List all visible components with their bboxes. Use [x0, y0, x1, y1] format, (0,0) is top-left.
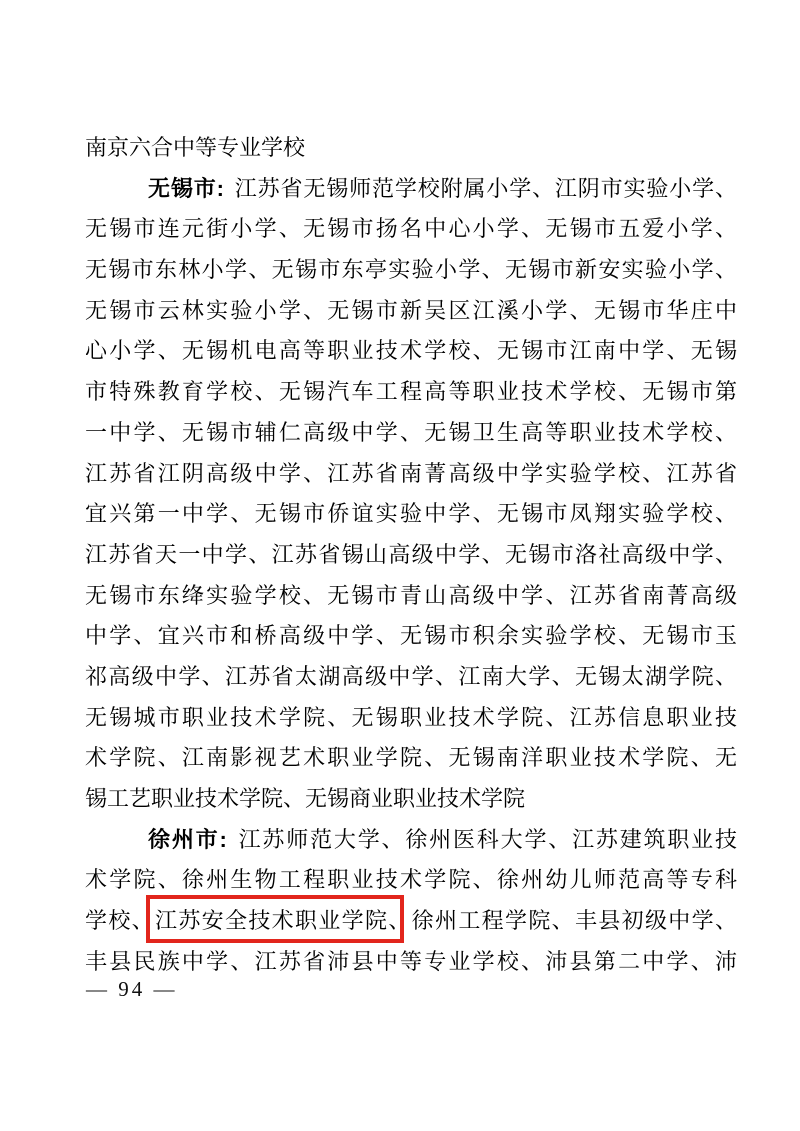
text-segment: 学校、 — [85, 908, 155, 933]
text-line: 南京六合中等专业学校 — [85, 128, 737, 169]
text-line: 无锡市云林实验小学、无锡市新吴区江溪小学、无锡市华庄中 — [85, 291, 737, 332]
text-line: 市特殊教育学校、无锡汽车工程高等职业技术学校、无锡市第 — [85, 372, 737, 413]
text-line: 术学院、江南影视艺术职业学院、无锡南洋职业技术学院、无 — [85, 738, 737, 779]
highlighted-school-name: 江苏安全技术职业学院、 — [155, 908, 412, 933]
text-line: 江苏省天一中学、江苏省锡山高级中学、无锡市洛社高级中学、 — [85, 535, 737, 576]
city-label: 无锡市: — [148, 176, 224, 201]
text-line: 一中学、无锡市辅仁高级中学、无锡卫生高等职业技术学校、 — [85, 413, 737, 454]
text-line: 心小学、无锡机电高等职业技术学校、无锡市江南中学、无锡 — [85, 331, 737, 372]
page-number: — 94 — — [86, 975, 178, 1003]
text-line: 徐州市:江苏师范大学、徐州医科大学、江苏建筑职业技 — [85, 820, 737, 861]
text-line: 祁高级中学、江苏省太湖高级中学、江南大学、无锡太湖学院、 — [85, 657, 737, 698]
document-body: 南京六合中等专业学校无锡市:江苏省无锡师范学校附属小学、江阴市实验小学、无锡市连… — [85, 128, 737, 982]
text-line: 无锡市东绛实验学校、无锡市青山高级中学、江苏省南菁高级 — [85, 576, 737, 617]
text-line: 无锡市东林小学、无锡市东亭实验小学、无锡市新安实验小学、 — [85, 250, 737, 291]
text-line: 无锡城市职业技术学院、无锡职业技术学院、江苏信息职业技 — [85, 698, 737, 739]
text-line: 学校、江苏安全技术职业学院、徐州工程学院、丰县初级中学、 — [85, 901, 737, 942]
city-label: 徐州市: — [148, 827, 227, 852]
text-line: 中学、宜兴市和桥高级中学、无锡市积余实验学校、无锡市玉 — [85, 616, 737, 657]
text-line: 江苏省江阴高级中学、江苏省南菁高级中学实验学校、江苏省 — [85, 454, 737, 495]
text-line: 无锡市:江苏省无锡师范学校附属小学、江阴市实验小学、 — [85, 169, 737, 210]
text-segment: 徐州工程学院、丰县初级中学、 — [412, 908, 737, 933]
text-line: 宜兴第一中学、无锡市侨谊实验中学、无锡市凤翔实验学校、 — [85, 494, 737, 535]
text-line: 锡工艺职业技术学院、无锡商业职业技术学院 — [85, 779, 737, 820]
text-line: 术学院、徐州生物工程职业技术学院、徐州幼儿师范高等专科 — [85, 860, 737, 901]
text-line: 无锡市连元街小学、无锡市扬名中心小学、无锡市五爱小学、 — [85, 209, 737, 250]
document-page: 南京六合中等专业学校无锡市:江苏省无锡师范学校附属小学、江阴市实验小学、无锡市连… — [0, 0, 800, 1131]
text-line: 丰县民族中学、江苏省沛县中等专业学校、沛县第二中学、沛 — [85, 942, 737, 983]
